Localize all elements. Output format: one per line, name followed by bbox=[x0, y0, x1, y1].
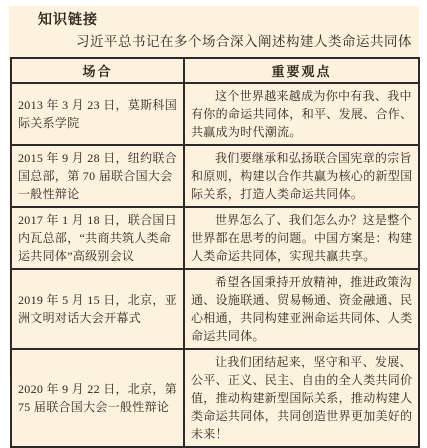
table-row: 2017 年 1 月 18 日，联合国日内瓦总部，“共商共筑人类命运共同体”高级… bbox=[11, 207, 419, 269]
viewpoint-cell: 这个世界越来越成为你中有我、我中有你的命运共同体，和平、发展、合作、共赢成为时代… bbox=[184, 83, 419, 145]
table-header: 场合 重要观点 bbox=[11, 58, 419, 83]
viewpoint-cell: 希望各国秉持开放精神，推进政策沟通、设施联通、贸易畅通、资金融通、民心相通，共同… bbox=[184, 269, 419, 349]
table-body: 2013 年 3 月 23 日，莫斯科国际关系学院 这个世界越来越成为你中有我、… bbox=[11, 83, 419, 384]
viewpoint-cell: 我们要继承和弘扬联合国宪章的宗旨和原则，构建以合作共赢为核心的新型国际关系，打造… bbox=[184, 145, 419, 207]
occasion-cell: 2020 年 9 月 22 日，北京，第 75 届联合国大会一般性辩论 bbox=[11, 349, 184, 384]
header-occasion: 场合 bbox=[11, 58, 184, 83]
occasion-cell: 2019 年 5 月 15 日，北京，亚洲文明对话大会开幕式 bbox=[11, 269, 184, 349]
occasion-viewpoint-table: 场合 重要观点 2013 年 3 月 23 日，莫斯科国际关系学院 这个世界越来… bbox=[10, 57, 420, 384]
viewpoint-cell: 世界怎么了、我们怎么办？这是整个世界都在思考的问题。中国方案是：构建人类命运共同… bbox=[184, 207, 419, 269]
header-row: 场合 重要观点 bbox=[11, 58, 419, 83]
occasion-cell: 2017 年 1 月 18 日，联合国日内瓦总部，“共商共筑人类命运共同体”高级… bbox=[11, 207, 184, 269]
page-title: 知识链接 bbox=[38, 12, 418, 30]
occasion-cell: 2015 年 9 月 28 日，纽约联合国总部，第 70 届联合国大会一般性辩论 bbox=[11, 145, 184, 207]
table-row: 2020 年 9 月 22 日，北京，第 75 届联合国大会一般性辩论 让我们团… bbox=[11, 349, 419, 384]
table-row: 2015 年 9 月 28 日，纽约联合国总部，第 70 届联合国大会一般性辩论… bbox=[11, 145, 419, 207]
occasion-cell: 2013 年 3 月 23 日，莫斯科国际关系学院 bbox=[11, 83, 184, 145]
page-subtitle: 习近平总书记在多个场合深入阐述构建人类命运共同体 bbox=[76, 32, 418, 52]
header-viewpoint: 重要观点 bbox=[184, 58, 419, 83]
table-row: 2019 年 5 月 15 日，北京，亚洲文明对话大会开幕式 希望各国秉持开放精… bbox=[11, 269, 419, 349]
table-row: 2013 年 3 月 23 日，莫斯科国际关系学院 这个世界越来越成为你中有我、… bbox=[11, 83, 419, 145]
viewpoint-cell: 让我们团结起来，坚守和平、发展、公平、正义、民主、自由的全人类共同价值，推动构建… bbox=[184, 349, 419, 384]
knowledge-link-panel: 知识链接 习近平总书记在多个场合深入阐述构建人类命运共同体 场合 重要观点 20… bbox=[9, 6, 419, 378]
